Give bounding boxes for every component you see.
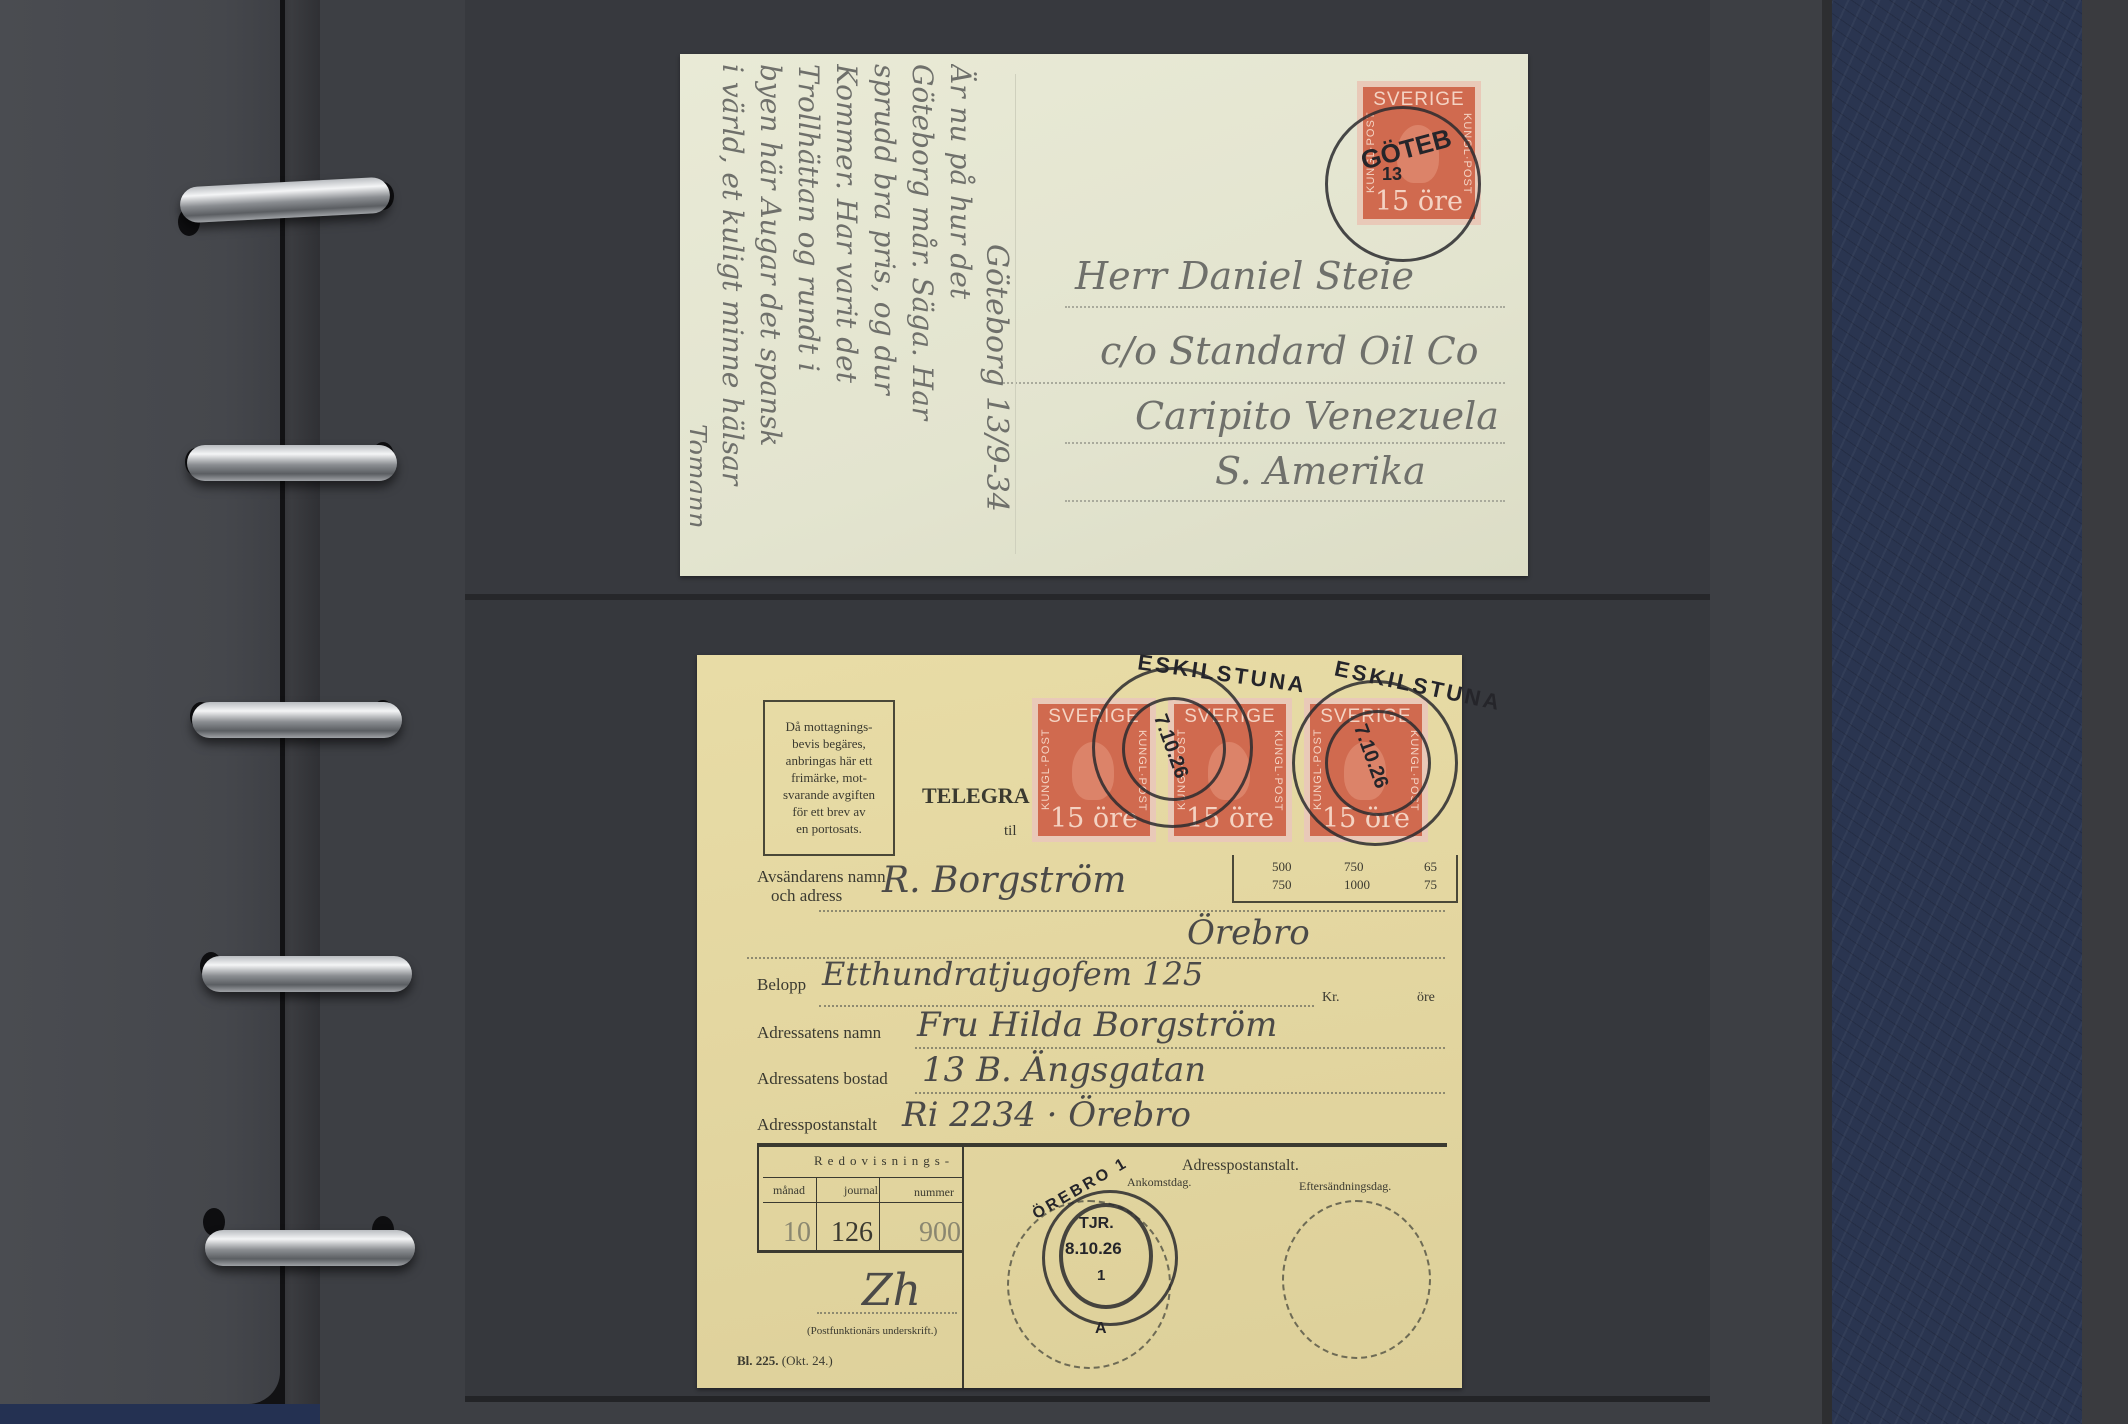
address-line-1: Herr Daniel Steie [1075,254,1414,298]
signature-rule [817,1312,957,1314]
label-line: och adress [757,886,886,905]
form-edition: (Okt. 24.) [782,1353,833,1368]
tariff-cell: 65 [1424,859,1437,875]
unit-ore: öre [1417,990,1435,1006]
instruction-line: Då mottagnings- [765,718,893,735]
ledger-column-month: månad [773,1183,805,1198]
instruction-line: svarande avgiften [765,786,893,803]
recipient-address-label: Adressatens bostad [757,1069,888,1089]
ledger-title: Redovisnings- [814,1153,954,1169]
arrival-label: Ankomstdag. [1127,1175,1191,1190]
instruction-line: för ett brev av [765,803,893,820]
address-rule [1000,382,1505,384]
amount-value: Etthundratjugofem 125 [822,955,1203,993]
label-line: Avsändarens namn [757,867,886,886]
message-line: byen här Augar det spansk [751,64,789,564]
binder-ring-5[interactable] [205,1230,415,1266]
receipt-subtitle: til [1004,823,1017,840]
office-box-title: Adresspostanstalt. [1182,1157,1299,1175]
telegram-receipt[interactable]: Då mottagnings- bevis begäres, anbringas… [697,655,1462,1388]
forwarding-date-circle [1282,1200,1431,1359]
recipient-name-label: Adressatens namn [757,1023,881,1043]
message-signature: Tomann [690,424,713,564]
stamp-instruction-box: Då mottagnings- bevis begäres, anbringas… [763,700,895,856]
album-cover-edge [2082,0,2128,1424]
address-line-3: Caripito Venezuela [1135,394,1499,438]
binder-ring-3[interactable] [192,702,402,738]
recipient-address-value: 13 B. Ängsgatan [922,1050,1206,1090]
instruction-line: bevis begäres, [765,735,893,752]
page-edge [1822,0,1832,1424]
receipt-divider [962,1147,964,1388]
album-cover-bottom [0,1404,320,1424]
message-line: i värld, et kuligt minne hälsar [713,64,751,564]
postmark-letter: A [1095,1320,1107,1338]
amount-label: Belopp [757,975,806,995]
message-date: Göteborg 13/9-34 [979,244,1014,564]
form-number: Bl. 225. [737,1353,779,1368]
postmark-line1: TJR. [1079,1215,1114,1233]
tariff-cell: 750 [1344,859,1364,875]
tariff-table: 500 750 65 750 1000 75 [1232,855,1458,903]
ledger-month-value: 10 [783,1217,811,1249]
message-line: Kommer. Har varit det [827,64,865,564]
ledger-column-journal: journal [844,1183,878,1198]
receipt-title: TELEGRA [922,783,1030,809]
postmark-number: 13 [1382,164,1402,185]
address-rule [1065,500,1505,502]
postmark-number: 1 [1097,1267,1105,1284]
tariff-cell: 1000 [1344,877,1370,893]
field-rule [915,1047,1445,1049]
binder-ring-4[interactable] [202,956,412,992]
sender-name-value: R. Borgström [882,860,1126,901]
ledger-column-number: nummer [914,1185,954,1200]
binder-ring-2[interactable] [187,445,397,481]
instruction-line: anbringas här ett [765,752,893,769]
destination-office-label: Adresspostanstalt [757,1115,877,1135]
signature-caption: (Postfunktionärs underskrift.) [807,1325,937,1337]
sleeve-bottom-edge [465,1396,1710,1402]
address-rule [1065,442,1505,444]
field-rule [915,1092,1445,1094]
message-line: sprudd bra pris, og dur [865,64,903,564]
address-line-2: c/o Standard Oil Co [1100,329,1479,373]
album-cover-leather [1832,0,2082,1424]
address-rule [1065,306,1505,308]
tariff-cell: 750 [1272,877,1292,893]
tariff-cell: 500 [1272,859,1292,875]
form-id: Bl. 225. (Okt. 24.) [737,1353,833,1369]
address-line-4: S. Amerika [1215,449,1426,493]
ledger-rule [763,1202,964,1203]
ledger-journal-value: 126 [831,1217,873,1249]
message-area: Göteborg 13/9-34 Är nu på hur det Götebo… [690,64,1020,564]
message-line: Är nu på hur det [941,64,979,564]
tariff-cell: 75 [1424,877,1437,893]
ledger-col-rule [879,1177,880,1250]
message-line: Trollhättan og rundt i [789,64,827,564]
sender-town-value: Örebro [1187,913,1310,953]
destination-office-value: Ri 2234 · Örebro [902,1095,1191,1135]
sender-label: Avsändarens namn och adress [757,867,886,905]
stamp-side-text: KUNGL·POST [1040,730,1052,810]
ledger-rule [763,1177,964,1178]
ledger-col-rule [816,1177,817,1250]
postcard[interactable]: SVERIGE KUNGL·POST KUNGL·POST 15 öre GÖT… [680,54,1528,576]
forwarding-label: Eftersändningsdag. [1299,1179,1391,1194]
ledger-table: Redovisnings- månad journal nummer 10 12… [757,1147,964,1253]
instruction-line: en portosats. [765,820,893,837]
recipient-name-value: Fru Hilda Borgström [917,1005,1277,1045]
message-line: Göteborg mår. Säga. Har [903,64,941,564]
field-rule [819,910,1445,912]
message-rotated: Göteborg 13/9-34 Är nu på hur det Götebo… [690,64,1020,564]
unit-kronor: Kr. [1322,990,1340,1006]
clerk-signature: Zh [862,1265,921,1316]
postmark-date: 8.10.26 [1065,1239,1122,1259]
instruction-line: frimärke, mot- [765,769,893,786]
stamp-side-text: KUNGL·POST [1272,730,1284,810]
goteborg-postmark [1325,106,1481,262]
ledger-number-value: 900 [919,1217,961,1249]
